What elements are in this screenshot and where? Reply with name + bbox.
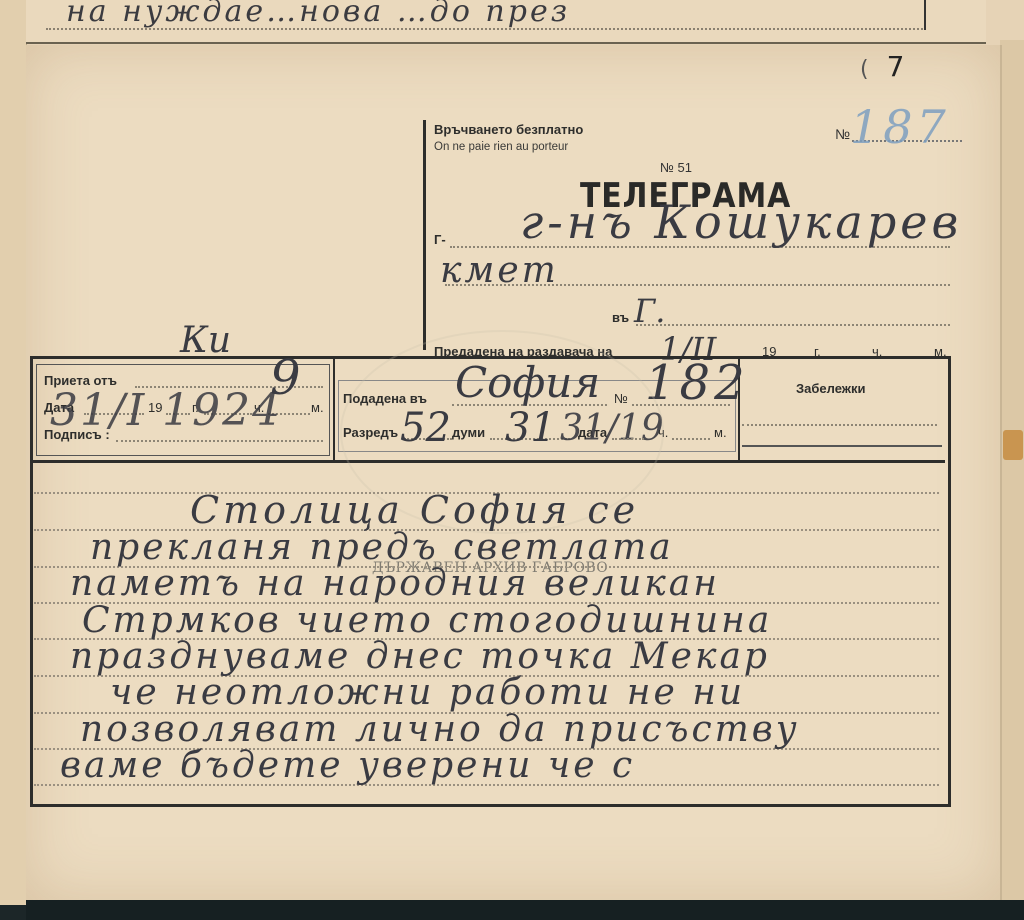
folded-pages-edge [1000,40,1024,905]
signature-line [116,440,323,442]
previous-sheet-rule [924,0,926,30]
message-line-4: Стрмков чието стогодишнина [82,600,772,641]
binding-edge [0,0,27,905]
free-delivery-notice-fr: On ne paie rien au porteur [434,141,568,153]
message-line-8: ваме бъдете уверени че с [60,745,635,786]
form-column-separator-1 [333,359,335,460]
notes-label: Забележки [796,381,866,396]
previous-sheet-edge: на нуждае…нова …до през [26,0,986,44]
submitted-min-label: м. [714,425,727,440]
destination-line [636,324,950,326]
tape-stain [1003,430,1023,460]
received-min-label: м. [311,400,324,415]
destination-label: въ [612,310,629,325]
message-line-3: паметъ на народния великан [70,563,720,604]
header-vertical-rule [423,120,426,350]
addressee-label: Г- [434,232,446,247]
received-handwritten-top: Ки [180,320,231,361]
message-line-2: прекланя предъ светлата [90,527,674,568]
addressee-handwritten-name: г-нъ Кошукарев [520,195,962,249]
message-line-7: позволяват лично да присъству [80,709,800,750]
submitted-min-line [672,438,710,440]
form-number: № 51 [660,160,692,175]
previous-sheet-dotted-line [46,28,926,30]
received-handwritten-signature: 9 [270,350,301,406]
scan-background-edge [26,900,1024,920]
message-line-1: Столица София се [190,488,639,532]
page-number-value: 7 [887,50,905,83]
telegram-number-label: № [835,126,850,142]
submitted-number-handwritten: 182 [645,355,749,411]
free-delivery-notice-bg: Връчването безплатно [434,122,583,137]
notes-block-separator [742,445,942,447]
page-number: (7 [860,50,904,83]
destination-handwritten: Г. [634,292,665,330]
message-line-5: празднуваме днес точка Мекар [70,636,770,677]
received-handwritten-date: 31/I 1924 [50,385,282,436]
notes-line-1 [742,424,937,426]
telegram-number-handwritten: 187 [850,100,950,154]
previous-sheet-handwriting: на нуждае…нова …до през [66,0,570,29]
message-line-6: че неотложни работи не ни [110,672,745,713]
addressee-handwritten-title: кмет [440,250,559,291]
